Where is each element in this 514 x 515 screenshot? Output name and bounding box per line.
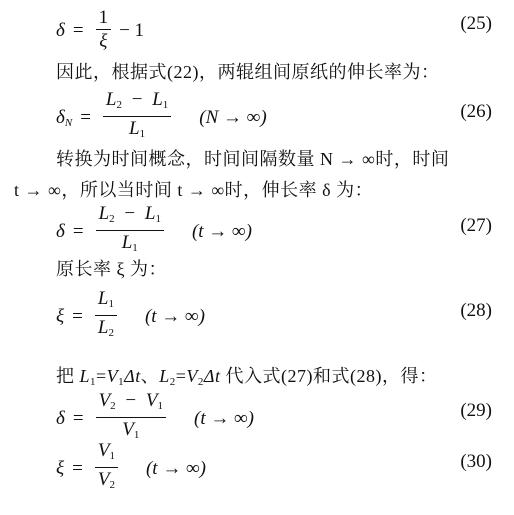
- equation-number-30: (30): [460, 451, 492, 473]
- equation-27: δ = L2 − L1 L1 (t → ∞): [56, 204, 252, 259]
- paragraph-2: 转换为时间概念，时间间隔数量 N → ∞时，时间: [56, 145, 514, 171]
- equation-26: δN = L2 − L1 L1 (N → ∞): [56, 90, 267, 145]
- eq30-numerator: V1: [95, 441, 118, 468]
- eq29-fraction: V2 − V1 V1: [96, 391, 166, 446]
- eq28-numerator: L1: [95, 289, 117, 316]
- eq28-condition: (t → ∞): [145, 306, 205, 328]
- equation-number-29: (29): [460, 400, 492, 422]
- equals-sign: =: [73, 408, 84, 430]
- eq30-fraction: V1 V2: [95, 441, 118, 496]
- eq25-denominator: ξ: [96, 30, 110, 53]
- equation-number-27: (27): [460, 215, 492, 237]
- eq28-denominator: L2: [95, 316, 117, 344]
- eq29-lhs: δ: [56, 408, 65, 430]
- equation-number-25: (25): [460, 13, 492, 35]
- equation-number-28: (28): [460, 300, 492, 322]
- eq27-condition: (t → ∞): [192, 221, 252, 243]
- eq29-condition: (t → ∞): [194, 408, 254, 430]
- equals-sign: =: [72, 306, 83, 328]
- eq25-tail: − 1: [119, 20, 144, 42]
- equals-sign: =: [80, 107, 91, 129]
- eq26-lhs: δN: [56, 107, 72, 129]
- eq28-lhs: ξ: [56, 306, 64, 328]
- eq25-numerator: 1: [96, 8, 112, 30]
- eq26-numerator: L2 − L1: [103, 90, 171, 117]
- eq30-condition: (t → ∞): [146, 458, 206, 480]
- paragraph-3: t → ∞，所以当时间 t → ∞时，伸长率 δ 为：: [14, 176, 514, 202]
- eq27-numerator: L2 − L1: [96, 204, 164, 231]
- equation-25: δ = 1 ξ − 1: [56, 8, 144, 53]
- eq27-lhs: δ: [56, 221, 65, 243]
- equals-sign: =: [72, 458, 83, 480]
- eq29-numerator: V2 − V1: [96, 391, 166, 418]
- equation-30: ξ = V1 V2 (t → ∞): [56, 441, 206, 496]
- paragraph-1: 因此，根据式(22)，两辊组间原纸的伸长率为：: [56, 58, 514, 84]
- eq27-fraction: L2 − L1 L1: [96, 204, 164, 259]
- eq26-denominator: L1: [126, 117, 148, 145]
- equation-28: ξ = L1 L2 (t → ∞): [56, 289, 205, 344]
- eq28-fraction: L1 L2: [95, 289, 117, 344]
- eq30-lhs: ξ: [56, 458, 64, 480]
- equals-sign: =: [73, 20, 84, 42]
- eq25-lhs: δ: [56, 20, 65, 42]
- eq25-fraction: 1 ξ: [96, 8, 112, 53]
- equation-29: δ = V2 − V1 V1 (t → ∞): [56, 391, 254, 446]
- paragraph-4: 原长率 ξ 为：: [56, 255, 514, 281]
- eq26-condition: (N → ∞): [199, 107, 266, 129]
- paragraph-5: 把 L1=V1Δt、L2=V2Δt 代入式(27)和式(28)，得：: [56, 362, 514, 388]
- equals-sign: =: [73, 221, 84, 243]
- equation-number-26: (26): [460, 101, 492, 123]
- eq26-fraction: L2 − L1 L1: [103, 90, 171, 145]
- eq30-denominator: V2: [95, 468, 118, 496]
